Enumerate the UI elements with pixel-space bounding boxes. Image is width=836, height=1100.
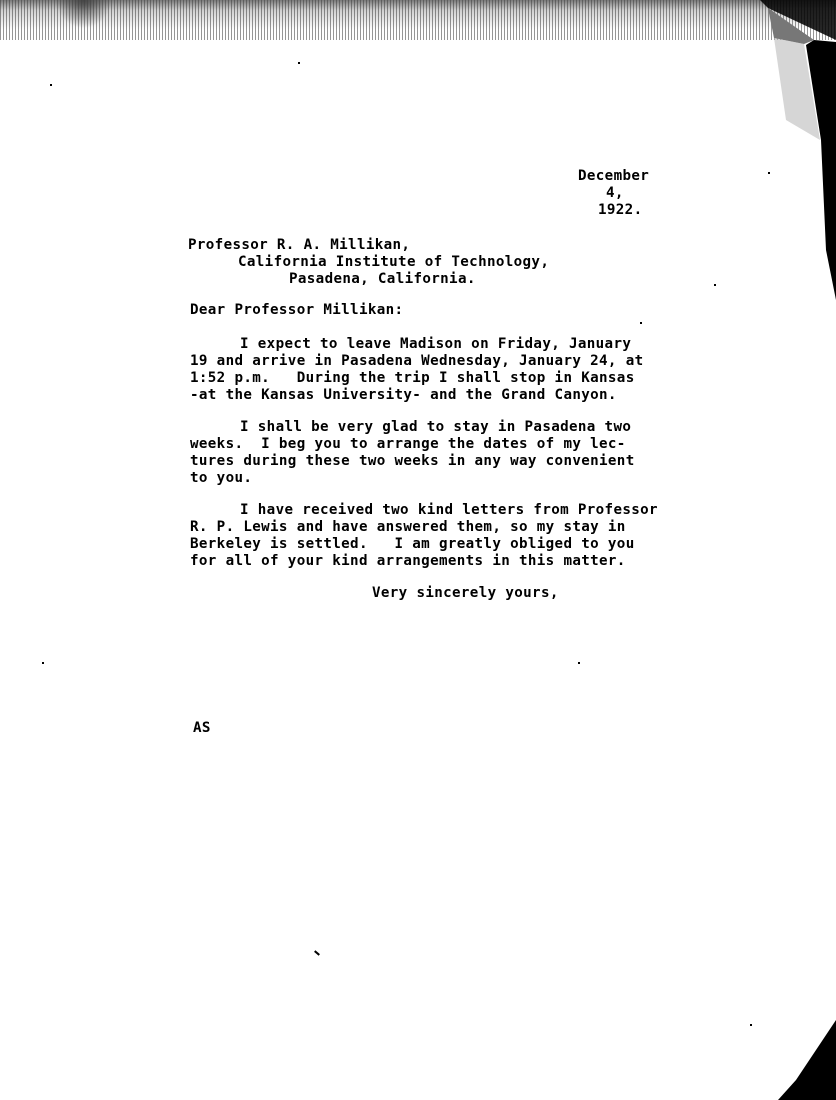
date-day: 4, xyxy=(578,185,649,202)
paragraph-travel: I expect to leave Madison on Friday, Jan… xyxy=(190,336,643,404)
date-month: December xyxy=(578,168,649,185)
paragraph-line: R. P. Lewis and have answered them, so m… xyxy=(190,519,658,536)
paragraph-line: Berkeley is settled. I am greatly oblige… xyxy=(190,536,658,553)
recipient-institution: California Institute of Technology, xyxy=(188,254,549,271)
typist-initials: AS xyxy=(193,720,211,737)
scan-noise-top xyxy=(0,0,836,40)
recipient-name: Professor R. A. Millikan, xyxy=(188,237,549,254)
letter-date: December4,1922. xyxy=(578,168,649,219)
paragraph-line: to you. xyxy=(190,470,635,487)
paragraph-line: I expect to leave Madison on Friday, Jan… xyxy=(190,336,643,353)
paragraph-line: tures during these two weeks in any way … xyxy=(190,453,635,470)
paragraph-line: I have received two kind letters from Pr… xyxy=(190,502,658,519)
date-year: 1922. xyxy=(578,202,649,219)
salutation: Dear Professor Millikan: xyxy=(190,302,403,319)
paragraph-line: weeks. I beg you to arrange the dates of… xyxy=(190,436,635,453)
recipient-address: Professor R. A. Millikan,California Inst… xyxy=(188,237,549,288)
paragraph-line: 1:52 p.m. During the trip I shall stop i… xyxy=(190,370,643,387)
closing: Very sincerely yours, xyxy=(372,585,559,602)
folded-corner xyxy=(746,0,836,320)
paragraph-line: for all of your kind arrangements in thi… xyxy=(190,553,658,570)
recipient-city: Pasadena, California. xyxy=(188,271,549,288)
paragraph-line: I shall be very glad to stay in Pasadena… xyxy=(190,419,635,436)
paragraph-line: -at the Kansas University- and the Grand… xyxy=(190,387,643,404)
paragraph-lectures: I shall be very glad to stay in Pasadena… xyxy=(190,419,635,487)
paragraph-line: 19 and arrive in Pasadena Wednesday, Jan… xyxy=(190,353,643,370)
paragraph-berkeley: I have received two kind letters from Pr… xyxy=(190,502,658,570)
scan-edge-shadow xyxy=(766,1010,836,1100)
